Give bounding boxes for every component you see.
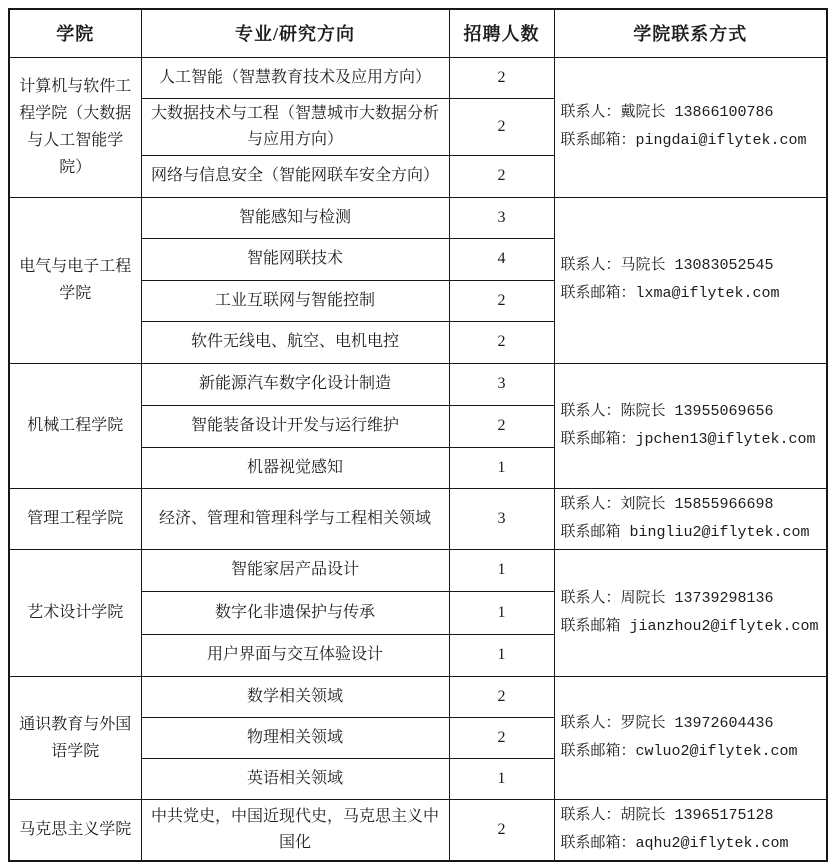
recruit-count: 1 <box>449 758 554 799</box>
major-cell: 英语相关领域 <box>141 758 449 799</box>
recruit-count: 2 <box>449 799 554 861</box>
major-cell: 工业互联网与智能控制 <box>141 280 449 321</box>
contact-cell: 联系人：胡院长 13965175128 联系邮箱：aqhu2@iflytek.c… <box>554 799 827 861</box>
col-header-count: 招聘人数 <box>449 9 554 57</box>
table-row: 计算机与软件工程学院（大数据与人工智能学院） 人工智能（智慧教育技术及应用方向）… <box>9 57 827 98</box>
major-cell: 数字化非遗保护与传承 <box>141 591 449 634</box>
contact-email: 联系邮箱 jianzhou2@iflytek.com <box>561 613 821 641</box>
recruit-count: 4 <box>449 238 554 280</box>
recruitment-table: 学院 专业/研究方向 招聘人数 学院联系方式 计算机与软件工程学院（大数据与人工… <box>8 8 828 862</box>
major-cell: 中共党史，中国近现代史，马克思主义中国化 <box>141 799 449 861</box>
table-row: 马克思主义学院 中共党史，中国近现代史，马克思主义中国化 2 联系人：胡院长 1… <box>9 799 827 861</box>
contact-email: 联系邮箱：pingdai@iflytek.com <box>561 127 821 155</box>
college-name: 马克思主义学院 <box>9 799 141 861</box>
contact-email: 联系邮箱：jpchen13@iflytek.com <box>561 426 821 454</box>
header-row: 学院 专业/研究方向 招聘人数 学院联系方式 <box>9 9 827 57</box>
college-name: 艺术设计学院 <box>9 549 141 676</box>
major-cell: 新能源汽车数字化设计制造 <box>141 363 449 405</box>
contact-person: 联系人：周院长 13739298136 <box>561 585 821 613</box>
recruitment-page: 学院 专业/研究方向 招聘人数 学院联系方式 计算机与软件工程学院（大数据与人工… <box>0 0 834 856</box>
recruit-count: 3 <box>449 363 554 405</box>
recruit-count: 2 <box>449 717 554 758</box>
major-cell: 用户界面与交互体验设计 <box>141 634 449 676</box>
major-cell: 网络与信息安全（智能网联车安全方向） <box>141 155 449 197</box>
recruit-count: 2 <box>449 155 554 197</box>
col-header-major: 专业/研究方向 <box>141 9 449 57</box>
major-cell: 大数据技术与工程（智慧城市大数据分析与应用方向） <box>141 98 449 155</box>
major-cell: 智能家居产品设计 <box>141 549 449 591</box>
recruit-count: 2 <box>449 405 554 447</box>
contact-email: 联系邮箱：lxma@iflytek.com <box>561 280 821 308</box>
college-name: 电气与电子工程学院 <box>9 197 141 363</box>
contact-cell: 联系人：马院长 13083052545 联系邮箱：lxma@iflytek.co… <box>554 197 827 363</box>
college-name: 机械工程学院 <box>9 363 141 488</box>
major-cell: 智能装备设计开发与运行维护 <box>141 405 449 447</box>
contact-person: 联系人：马院长 13083052545 <box>561 252 821 280</box>
major-cell: 经济、管理和管理科学与工程相关领域 <box>141 488 449 549</box>
college-name: 通识教育与外国语学院 <box>9 676 141 799</box>
contact-email: 联系邮箱：aqhu2@iflytek.com <box>561 830 821 858</box>
major-cell: 软件无线电、航空、电机电控 <box>141 321 449 363</box>
recruit-count: 3 <box>449 197 554 238</box>
table-row: 电气与电子工程学院 智能感知与检测 3 联系人：马院长 13083052545 … <box>9 197 827 238</box>
recruit-count: 1 <box>449 549 554 591</box>
col-header-college: 学院 <box>9 9 141 57</box>
major-cell: 物理相关领域 <box>141 717 449 758</box>
recruit-count: 1 <box>449 591 554 634</box>
recruit-count: 2 <box>449 321 554 363</box>
contact-person: 联系人：罗院长 13972604436 <box>561 710 821 738</box>
major-cell: 数学相关领域 <box>141 676 449 717</box>
recruit-count: 3 <box>449 488 554 549</box>
recruit-count: 2 <box>449 280 554 321</box>
recruit-count: 1 <box>449 634 554 676</box>
college-name: 计算机与软件工程学院（大数据与人工智能学院） <box>9 57 141 197</box>
recruit-count: 2 <box>449 98 554 155</box>
table-row: 通识教育与外国语学院 数学相关领域 2 联系人：罗院长 13972604436 … <box>9 676 827 717</box>
recruit-count: 1 <box>449 447 554 488</box>
contact-cell: 联系人：周院长 13739298136 联系邮箱 jianzhou2@iflyt… <box>554 549 827 676</box>
contact-email: 联系邮箱：cwluo2@iflytek.com <box>561 738 821 766</box>
contact-cell: 联系人：戴院长 13866100786 联系邮箱：pingdai@iflytek… <box>554 57 827 197</box>
contact-cell: 联系人：刘院长 15855966698 联系邮箱 bingliu2@iflyte… <box>554 488 827 549</box>
recruit-count: 2 <box>449 57 554 98</box>
col-header-contact: 学院联系方式 <box>554 9 827 57</box>
recruit-count: 2 <box>449 676 554 717</box>
table-row: 管理工程学院 经济、管理和管理科学与工程相关领域 3 联系人：刘院长 15855… <box>9 488 827 549</box>
major-cell: 智能感知与检测 <box>141 197 449 238</box>
contact-person: 联系人：胡院长 13965175128 <box>561 802 821 830</box>
contact-person: 联系人：戴院长 13866100786 <box>561 99 821 127</box>
contact-cell: 联系人：罗院长 13972604436 联系邮箱：cwluo2@iflytek.… <box>554 676 827 799</box>
contact-email: 联系邮箱 bingliu2@iflytek.com <box>561 519 821 547</box>
contact-person: 联系人：刘院长 15855966698 <box>561 491 821 519</box>
table-row: 艺术设计学院 智能家居产品设计 1 联系人：周院长 13739298136 联系… <box>9 549 827 591</box>
major-cell: 人工智能（智慧教育技术及应用方向） <box>141 57 449 98</box>
contact-person: 联系人：陈院长 13955069656 <box>561 398 821 426</box>
contact-cell: 联系人：陈院长 13955069656 联系邮箱：jpchen13@iflyte… <box>554 363 827 488</box>
major-cell: 机器视觉感知 <box>141 447 449 488</box>
table-row: 机械工程学院 新能源汽车数字化设计制造 3 联系人：陈院长 1395506965… <box>9 363 827 405</box>
major-cell: 智能网联技术 <box>141 238 449 280</box>
college-name: 管理工程学院 <box>9 488 141 549</box>
